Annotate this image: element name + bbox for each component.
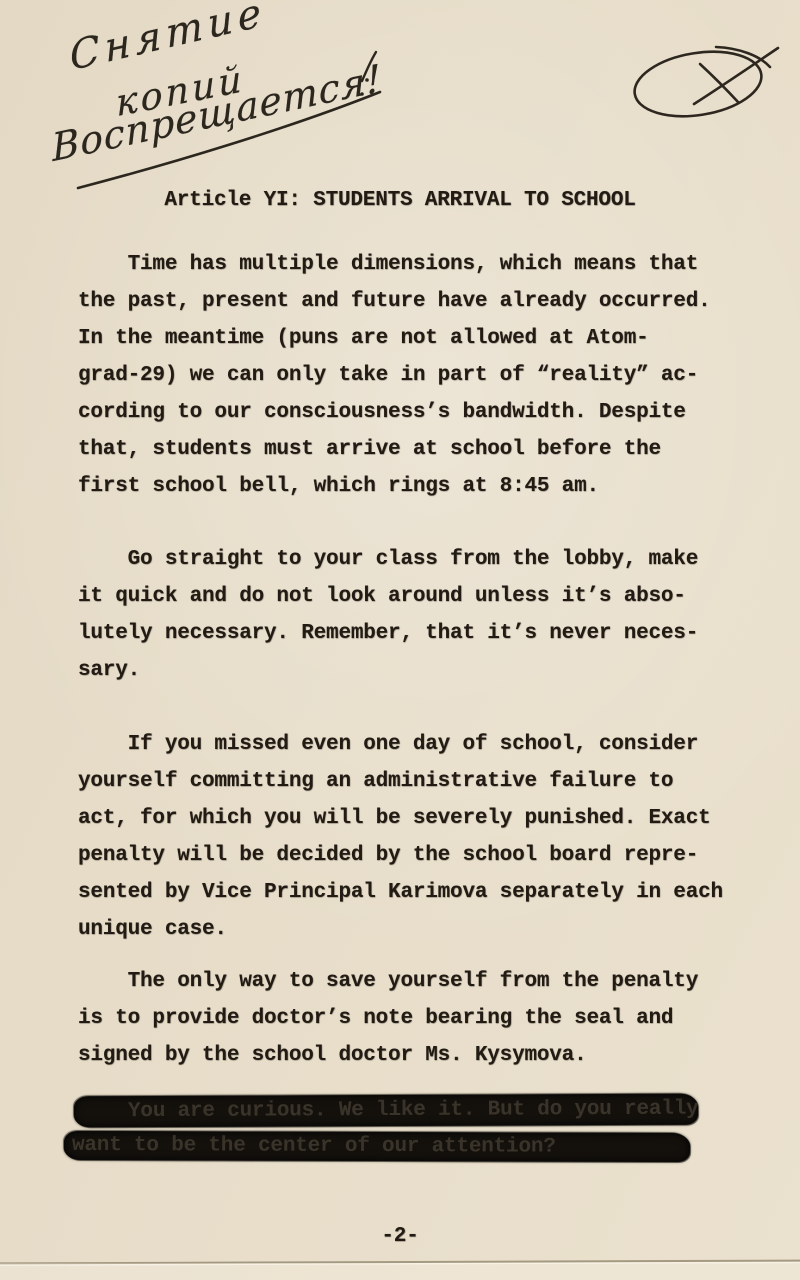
text-line: signed by the school doctor Ms. Kysymova… [78, 1037, 698, 1074]
text-line: unique case. [78, 911, 723, 948]
text-line: sary. [78, 652, 698, 689]
page-edge-lighter-strip [0, 1263, 800, 1280]
text-line: it quick and do not look around unless i… [78, 578, 698, 615]
redacted-text-line-1: You are curious. We like it. But do you … [74, 1098, 698, 1124]
text-line: the past, present and future have alread… [78, 283, 711, 320]
text-line: grad-29) we can only take in part of “re… [78, 357, 711, 394]
handwritten-word-1: Снятие [68, 0, 268, 80]
text-line: is to provide doctor’s note bearing the … [78, 1000, 698, 1037]
handwritten-note: Снятие копий Воспрещается! [40, 28, 420, 203]
text-line: yourself committing an administrative fa… [78, 763, 723, 800]
text-line: penalty will be decided by the school bo… [78, 837, 723, 874]
text-line: act, for which you will be severely puni… [78, 800, 723, 837]
redacted-text-line-2: want to be the center of our attention? [64, 1134, 556, 1159]
paragraph-2: Go straight to your class from the lobby… [78, 541, 698, 689]
text-line: If you missed even one day of school, co… [78, 726, 723, 763]
paragraph-1: Time has multiple dimensions, which mean… [78, 246, 711, 505]
text-line: sented by Vice Principal Karimova separa… [78, 874, 723, 911]
handwritten-word-2: копий [115, 57, 246, 125]
text-line: The only way to save yourself from the p… [78, 963, 698, 1000]
crossed-ellipse-mark [618, 36, 798, 131]
text-line: first school bell, which rings at 8:45 a… [78, 468, 711, 505]
paragraph-3: If you missed even one day of school, co… [78, 726, 723, 948]
article-title: Article YI: STUDENTS ARRIVAL TO SCHOOL [0, 186, 800, 216]
handwritten-underline-stroke [40, 28, 420, 203]
text-line: In the meantime (puns are not allowed at… [78, 320, 711, 357]
document-page: Снятие копий Воспрещается! Article YI: S… [0, 0, 800, 1280]
text-line: cording to our consciousness’s bandwidth… [78, 394, 711, 431]
paragraph-4: The only way to save yourself from the p… [78, 963, 698, 1074]
handwritten-word-3: Воспрещается! [50, 56, 383, 170]
text-line: Go straight to your class from the lobby… [78, 541, 698, 578]
page-number: -2- [0, 1225, 800, 1248]
redaction-bar-2: want to be the center of our attention? [64, 1131, 690, 1162]
text-line: lutely necessary. Remember, that it’s ne… [78, 615, 698, 652]
text-line: Time has multiple dimensions, which mean… [78, 246, 711, 283]
text-line: that, students must arrive at school bef… [78, 431, 711, 468]
redaction-bar-1: You are curious. We like it. But do you … [74, 1094, 698, 1128]
